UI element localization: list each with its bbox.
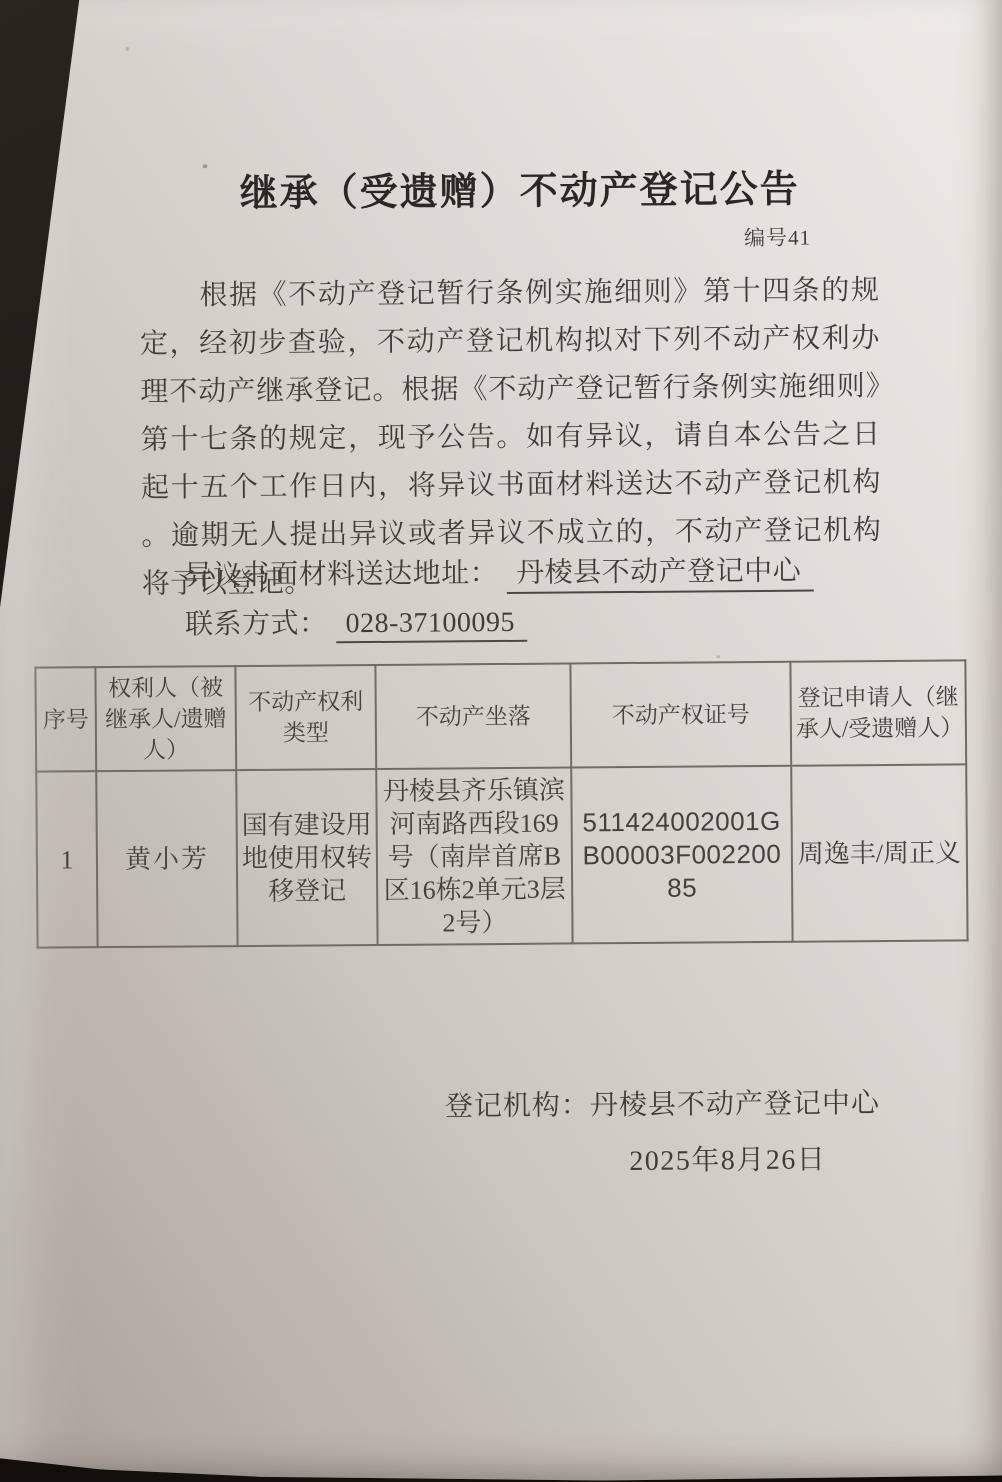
announcement-date: 2025年8月26日 bbox=[629, 1137, 826, 1179]
contact-line: 联系方式：028-37100095 bbox=[185, 600, 527, 645]
dust-speck bbox=[621, 485, 624, 488]
cell-applicant: 周逸丰/周正义 bbox=[791, 764, 967, 941]
cell-right-type: 国有建设用地使用权转移登记 bbox=[236, 769, 377, 946]
header-right-type: 不动产权利类型 bbox=[235, 665, 376, 770]
dust-speck bbox=[202, 164, 207, 168]
dust-speck bbox=[126, 47, 130, 51]
header-certificate-number: 不动产权证号 bbox=[570, 662, 791, 768]
document-number: 编号41 bbox=[744, 222, 811, 253]
table-row: 1 黄小芳 国有建设用地使用权转移登记 丹棱县齐乐镇滨河南路西段169号（南岸首… bbox=[36, 764, 967, 947]
cell-serial: 1 bbox=[36, 771, 97, 947]
registry-table: 序号 权利人（被继承人/遗赠人） 不动产权利类型 不动产坐落 不动产权证号 登记… bbox=[34, 659, 968, 948]
header-serial: 序号 bbox=[35, 667, 96, 771]
photo-background: 继承（受遗赠）不动产登记公告 编号41 根据《不动产登记暂行条例实施细则》第十四… bbox=[0, 0, 1002, 1482]
cell-rights-holder: 黄小芳 bbox=[96, 770, 237, 947]
table-header-row: 序号 权利人（被继承人/遗赠人） 不动产权利类型 不动产坐落 不动产权证号 登记… bbox=[35, 660, 966, 771]
header-applicant: 登记申请人（继承人/受遗赠人） bbox=[790, 660, 966, 765]
registry-authority-line: 登记机构：丹棱县不动产登记中心 bbox=[445, 1081, 880, 1124]
cell-location: 丹棱县齐乐镇滨河南路西段169号（南岸首席B区16栋2单元3层2号） bbox=[376, 767, 572, 945]
document-content: 继承（受遗赠）不动产登记公告 编号41 根据《不动产登记暂行条例实施细则》第十四… bbox=[0, 0, 1002, 1482]
contact-label: 联系方式： bbox=[185, 608, 328, 640]
contact-value: 028-37100095 bbox=[335, 607, 527, 644]
objection-address-value: 丹棱县不动产登记中心 bbox=[506, 549, 813, 594]
header-location: 不动产坐落 bbox=[375, 663, 571, 769]
document-title: 继承（受遗赠）不动产登记公告 bbox=[18, 156, 1002, 219]
objection-address-line: 异议书面材料送达地址：丹棱县不动产登记中心 bbox=[185, 549, 814, 597]
cell-certificate-number: 511424002001GB00003F00220085 bbox=[571, 766, 792, 944]
header-rights-holder: 权利人（被继承人/遗赠人） bbox=[95, 666, 236, 771]
objection-address-label: 异议书面材料送达地址： bbox=[185, 558, 499, 591]
document-page: 继承（受遗赠）不动产登记公告 编号41 根据《不动产登记暂行条例实施细则》第十四… bbox=[0, 0, 1002, 1482]
registry-authority-label: 登记机构： bbox=[445, 1090, 590, 1122]
registry-authority-value: 丹棱县不动产登记中心 bbox=[590, 1088, 880, 1121]
dust-speck bbox=[716, 655, 720, 658]
